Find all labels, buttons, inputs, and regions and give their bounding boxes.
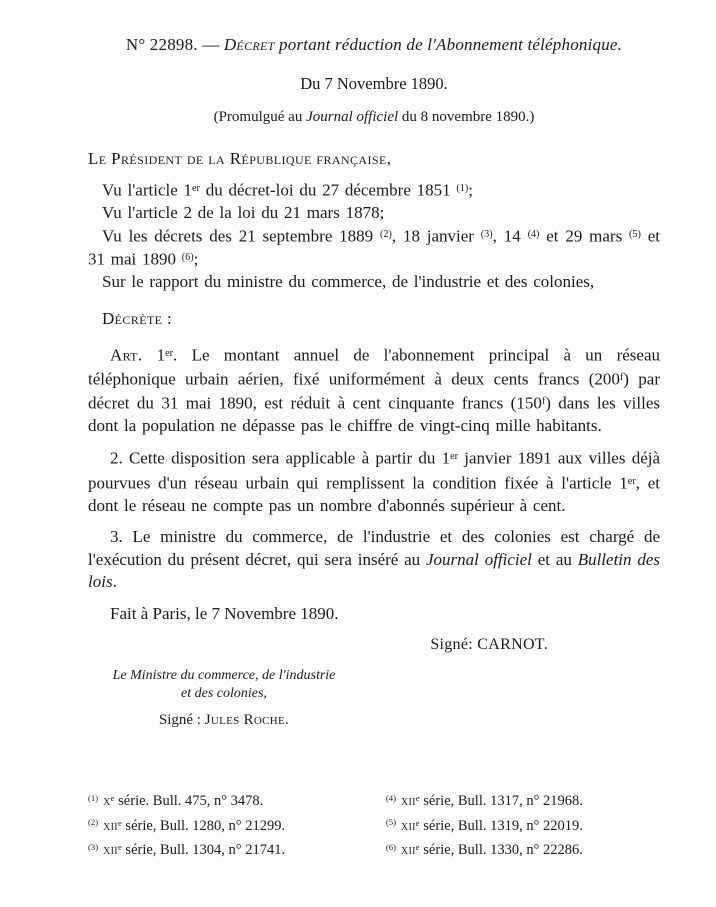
footnotes-left-column: (1)xe série. Bull. 475, n° 3478. (2)xiie… — [88, 788, 374, 861]
text-segment: . Le montant annuel de l'abonnement prin… — [88, 345, 660, 388]
text-segment: er — [628, 476, 636, 487]
text-segment: portant réduction de l'Abonnement téléph… — [275, 35, 623, 54]
text-segment: (6) — [182, 252, 194, 263]
text-segment: er — [192, 183, 200, 194]
article-2: 2. Cette disposition sera applicable à p… — [88, 446, 660, 517]
minister-title-line-1: Le Ministre du commerce, de l'industrie — [98, 667, 350, 685]
text-segment: (5) — [629, 229, 641, 240]
text-segment: (Promulgué au — [214, 109, 306, 125]
footnote-text: xiie série, Bull. 1330, n° 22286. — [401, 842, 583, 858]
footnote-text: xiie série, Bull. 1317, n° 21968. — [401, 793, 583, 809]
text-segment: série, Bull. 1319, n° 22019. — [420, 818, 583, 834]
closing-line: Fait à Paris, le 7 Novembre 1890. — [88, 603, 660, 625]
text-segment: . — [113, 572, 117, 591]
footnote-1: (1)xe série. Bull. 475, n° 3478. — [88, 788, 374, 812]
promulgation-line: (Promulgué au Journal officiel du 8 nove… — [88, 107, 660, 127]
text-segment: Vu l'article 2 de la loi du 21 mars 1878… — [102, 203, 384, 222]
footnotes-right-column: (4)xiie série, Bull. 1317, n° 21968. (5)… — [386, 788, 672, 861]
text-segment: er — [165, 348, 173, 359]
text-segment: (2) — [380, 229, 392, 240]
footnote-marker: (6) — [386, 842, 401, 852]
minister-title-line-2: et des colonies, — [98, 685, 350, 703]
text-segment: er — [450, 451, 458, 462]
footnote-3: (3)xiie série, Bull. 1304, n° 21741. — [88, 837, 374, 861]
minister-signature-block: Le Ministre du commerce, de l'industrie … — [98, 667, 350, 730]
text-segment: ; — [468, 181, 473, 200]
text-segment: du 8 novembre 1890.) — [398, 109, 534, 125]
text-segment: série, Bull. 1304, n° 21741. — [122, 842, 285, 858]
visas-section: Vu l'article 1er du décret-loi du 27 déc… — [88, 178, 660, 293]
report-reference-line: Sur le rapport du ministre du commerce, … — [88, 271, 660, 293]
text-segment: (4) — [528, 229, 540, 240]
text-segment: (1) — [456, 183, 468, 194]
article-3: 3. Le ministre du commerce, de l'industr… — [88, 526, 660, 594]
text-segment: xii — [103, 842, 118, 858]
footnote-text: xiie série, Bull. 1319, n° 22019. — [401, 818, 583, 834]
decree-date-line: Du 7 Novembre 1890. — [88, 73, 660, 95]
text-segment: (3) — [481, 229, 493, 240]
footnote-marker: (1) — [88, 793, 103, 803]
text-segment: , 18 janvier — [392, 226, 481, 245]
text-segment: Vu les décrets des 21 septembre 1889 — [102, 226, 380, 245]
visa-line-2: Vu l'article 2 de la loi du 21 mars 1878… — [88, 202, 660, 224]
document-title: N° 22898. — Décret portant réduction de … — [88, 34, 660, 56]
document-page: N° 22898. — Décret portant réduction de … — [0, 0, 716, 907]
text-segment: N° 22898. — — [126, 35, 224, 54]
text-segment: Journal officiel — [306, 109, 398, 125]
footnotes-section: (1)xe série. Bull. 475, n° 3478. (2)xiie… — [88, 788, 672, 861]
text-segment: Décret — [224, 35, 275, 54]
text-segment: xii — [401, 818, 416, 834]
text-segment: Art. — [110, 345, 142, 364]
text-segment: , 14 — [493, 226, 528, 245]
text-segment: série. Bull. 475, n° 3478. — [115, 793, 264, 809]
text-segment: Journal officiel — [426, 550, 532, 569]
decrete-heading: Décrète : — [88, 308, 660, 330]
text-segment: Vu l'article 1 — [102, 181, 192, 200]
text-segment: série, Bull. 1330, n° 22286. — [420, 842, 583, 858]
text-segment: x — [103, 793, 111, 809]
text-segment: xii — [401, 793, 416, 809]
text-segment: Sur le rapport du ministre du commerce, … — [102, 272, 594, 291]
minister-signature: Signé : Jules Roche. — [98, 710, 350, 730]
footnote-text: xiie série, Bull. 1304, n° 21741. — [103, 842, 285, 858]
text-segment: 1 — [142, 345, 165, 364]
president-signature: Signé: CARNOT. — [88, 634, 548, 656]
text-segment: série, Bull. 1317, n° 21968. — [420, 793, 583, 809]
text-segment: et 29 mars — [539, 226, 629, 245]
text-segment: série, Bull. 1280, n° 21299. — [122, 818, 285, 834]
visa-line-1: Vu l'article 1er du décret-loi du 27 déc… — [88, 178, 660, 202]
visa-line-3: Vu les décrets des 21 septembre 1889 (2)… — [88, 224, 660, 271]
footnote-marker: (5) — [386, 817, 401, 827]
text-segment: ; — [194, 250, 199, 269]
footnote-marker: (4) — [386, 793, 401, 803]
footnote-2: (2)xiie série, Bull. 1280, n° 21299. — [88, 812, 374, 836]
text-segment: xii — [103, 818, 118, 834]
text-segment: Signé : — [159, 712, 205, 728]
footnote-marker: (3) — [88, 842, 103, 852]
salutation-line: Le Président de la République française, — [88, 148, 660, 170]
text-segment: Jules Roche. — [205, 712, 289, 728]
footnote-marker: (2) — [88, 817, 103, 827]
text-segment: du décret-loi du 27 décembre 1851 — [200, 181, 456, 200]
text-segment: xii — [401, 842, 416, 858]
footnote-text: xe série. Bull. 475, n° 3478. — [103, 793, 263, 809]
articles-section: Art. 1er. Le montant annuel de l'abonnem… — [88, 343, 660, 594]
footnote-4: (4)xiie série, Bull. 1317, n° 21968. — [386, 788, 672, 812]
footnote-5: (5)xiie série, Bull. 1319, n° 22019. — [386, 812, 672, 836]
text-segment: 2. Cette disposition sera applicable à p… — [110, 449, 450, 468]
footnote-text: xiie série, Bull. 1280, n° 21299. — [103, 818, 285, 834]
footnote-6: (6)xiie série, Bull. 1330, n° 22286. — [386, 837, 672, 861]
text-segment: et au — [532, 550, 578, 569]
article-1: Art. 1er. Le montant annuel de l'abonnem… — [88, 343, 660, 438]
